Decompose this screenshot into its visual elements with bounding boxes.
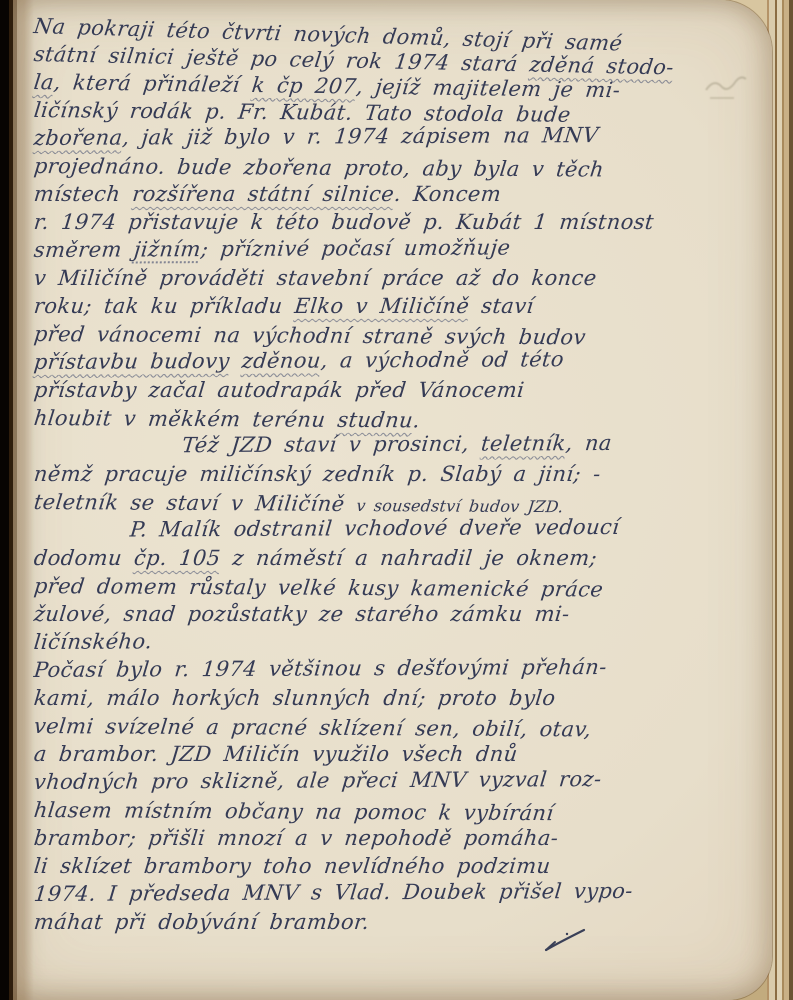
text-segment: kami, málo horkých slunných dní; proto b… <box>33 686 557 710</box>
text-line: vhodných pro sklizně, ale přeci MNV vyzv… <box>33 764 738 796</box>
text-line: r. 1974 přistavuje k této budově p. Kubá… <box>33 208 738 236</box>
text-line: v Miličíně prováděti stavební práce až d… <box>33 264 738 292</box>
text-segment: r. 1974 přistavuje k této budově p. Kubá… <box>33 210 655 234</box>
text-segment: čp. 105 <box>133 546 222 570</box>
text-segment: . <box>412 408 422 432</box>
text-segment: žulové, snad pozůstatky ze starého zámku… <box>33 602 571 626</box>
text-segment: studnu <box>336 408 414 432</box>
text-segment: 1974. I předseda MNV s Vlad. Doubek přiš… <box>33 879 634 906</box>
text-segment: z náměstí a nahradil je oknem; <box>219 546 598 570</box>
text-segment: projednáno. bude zbořena proto, aby byla… <box>33 154 606 181</box>
check-mark-icon <box>540 926 592 958</box>
text-segment: před domem růstaly velké kusy kamenické … <box>33 574 605 601</box>
text-line: zbořena, jak již bylo v r. 1974 zápisem … <box>33 120 738 152</box>
text-segment: zděnou <box>241 348 322 372</box>
text-segment: přístavby začal autodrapák před Vánocemi <box>33 378 526 402</box>
text-segment: , a východně od této <box>320 347 566 372</box>
text-segment: a brambor. JZD Miličín využilo všech dnů <box>33 742 519 766</box>
text-line: máhat při dobývání brambor. <box>33 908 738 936</box>
text-line: li sklízet brambory toho nevlídného podz… <box>33 852 738 880</box>
text-segment: , která přináleží <box>53 70 254 97</box>
text-segment: , na <box>565 431 613 455</box>
text-segment: , jak již bylo v r. 1974 zápisem na MNV <box>121 123 599 149</box>
text-segment: velmi svízelné a pracné sklízení sen, ob… <box>33 714 593 741</box>
text-segment: ; příznivé počasí umožňuje <box>200 236 512 262</box>
text-segment: Elko v Miličíně <box>293 294 470 318</box>
chronicle-page: Na pokraji této čtvrti nových domů, stoj… <box>8 0 772 1000</box>
text-segment: v Miličíně prováděti stavební práce až d… <box>33 266 598 290</box>
text-segment: k čp 207 <box>250 73 357 98</box>
text-line: ličínského. <box>33 624 738 656</box>
text-segment: hloubit v měkkém terénu <box>33 406 339 432</box>
text-segment: ličínského. <box>33 629 154 654</box>
text-segment: P. Malík odstranil vchodové dveře vedouc… <box>129 515 621 542</box>
paragraph: Na pokraji této čtvrti nových domů, stoj… <box>34 12 736 432</box>
text-segment: teletník se staví v Miličíně <box>33 490 358 516</box>
text-line: Též JZD staví v prosinci, teletník, na <box>33 428 738 460</box>
text-segment: dodomu <box>33 546 136 570</box>
manuscript-text: Na pokraji této čtvrti nových domů, stoj… <box>34 12 736 936</box>
text-line: a brambor. JZD Miličín využilo všech dnů <box>33 740 738 768</box>
text-segment: máhat při dobývání brambor. <box>33 910 371 934</box>
text-segment: jižním <box>133 237 202 261</box>
text-line: roku; tak ku příkladu Elko v Miličíně st… <box>33 292 738 320</box>
text-segment: li sklízet brambory toho nevlídného podz… <box>33 854 552 878</box>
text-segment: Počasí bylo r. 1974 většinou s dešťovými… <box>33 655 608 682</box>
pencil-smudge <box>698 70 764 106</box>
text-line: brambor; přišli mnozí a v nepohodě pomáh… <box>33 824 738 852</box>
paragraph: Počasí bylo r. 1974 většinou s dešťovými… <box>34 656 736 936</box>
text-segment: staví <box>468 294 535 318</box>
paragraph: Též JZD staví v prosinci, teletník, naně… <box>34 432 736 516</box>
text-segment: Též JZD staví v prosinci, <box>181 432 483 458</box>
text-line: žulové, snad pozůstatky ze starého zámku… <box>33 600 738 628</box>
text-line: dodomu čp. 105 z náměstí a nahradil je o… <box>33 544 738 572</box>
text-segment: němž pracuje miličínský zedník p. Slabý … <box>33 462 602 486</box>
text-segment: vhodných pro sklizně, ale přeci MNV vyzv… <box>33 767 603 794</box>
text-line: místech rozšířena státní silnice. Koncem <box>33 180 738 208</box>
text-segment: místech <box>33 182 134 206</box>
text-line: němž pracuje miličínský zedník p. Slabý … <box>33 460 738 488</box>
text-line: kami, málo horkých slunných dní; proto b… <box>33 684 738 712</box>
text-line: směrem jižním; příznivé počasí umožňuje <box>33 232 738 264</box>
text-segment: zbořena <box>33 126 124 150</box>
text-line: Počasí bylo r. 1974 většinou s dešťovými… <box>33 652 738 684</box>
paragraph: P. Malík odstranil vchodové dveře vedouc… <box>34 516 736 656</box>
text-segment: přístavbu budovy <box>33 349 231 374</box>
text-line: přístavby začal autodrapák před Vánocemi <box>33 376 738 404</box>
text-segment: , jejíž majitelem je mi- <box>355 75 622 103</box>
text-line: P. Malík odstranil vchodové dveře vedouc… <box>33 512 738 544</box>
text-segment: brambor; přišli mnozí a v nepohodě pomáh… <box>33 826 560 850</box>
text-segment: roku; tak ku příkladu <box>33 294 296 318</box>
text-segment: rozšířena státní silnice <box>131 182 395 206</box>
text-line: 1974. I předseda MNV s Vlad. Doubek přiš… <box>33 876 738 908</box>
text-segment: teletník <box>480 431 567 455</box>
text-line: přístavbu budovy zděnou, a východně od t… <box>33 344 738 376</box>
text-segment: směrem <box>33 237 135 262</box>
text-segment: . Koncem <box>393 182 502 206</box>
text-segment: hlasem místním občany na pomoc k vybírán… <box>33 798 555 825</box>
